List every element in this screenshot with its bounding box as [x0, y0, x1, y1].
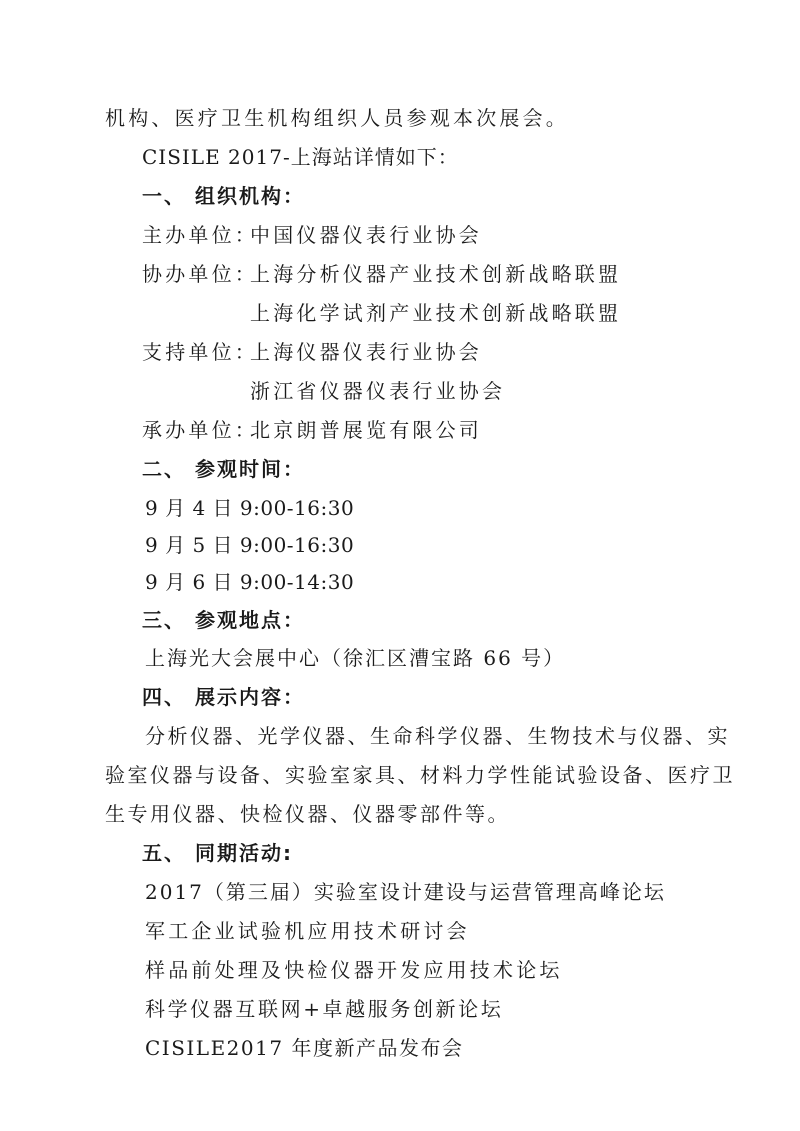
event-item-3: 样品前处理及快检仪器开发应用技术论坛: [145, 958, 563, 982]
section-heading-organization: 一、 组织机构：: [142, 184, 305, 208]
event-item-5: CISILE2017 年度新产品发布会: [145, 1036, 463, 1060]
exhibits-line-1: 分析仪器、光学仪器、生命科学仪器、生物技术与仪器、实: [145, 724, 730, 748]
venue-address: 上海光大会展中心（徐汇区漕宝路 66 号）: [145, 646, 565, 670]
visiting-date-2: 9 月 5 日 9:00-16:30: [145, 533, 354, 557]
visiting-date-3: 9 月 6 日 9:00-14:30: [145, 570, 354, 594]
co-host-value-1: 上海分析仪器产业技术创新战略联盟: [250, 262, 621, 286]
details-intro: CISILE 2017-上海站详情如下：: [142, 145, 459, 169]
section-heading-venue: 三、 参观地点：: [142, 608, 305, 632]
exhibits-line-2: 验室仪器与设备、实验室家具、材料力学性能试验设备、医疗卫: [105, 763, 735, 787]
co-host-label: 协办单位：: [142, 262, 258, 286]
host-label: 主办单位：: [142, 223, 258, 247]
organizer-label: 承办单位：: [142, 418, 258, 442]
event-item-1: 2017（第三届）实验室设计建设与运营管理高峰论坛: [145, 880, 666, 904]
host-value: 中国仪器仪表行业协会: [250, 223, 482, 247]
organizer-value: 北京朗普展览有限公司: [250, 418, 482, 442]
intro-continuation: 机构、医疗卫生机构组织人员参观本次展会。: [105, 106, 569, 130]
section-heading-visiting-time: 二、 参观时间：: [142, 457, 305, 481]
supporter-value-2: 浙江省仪器仪表行业协会: [250, 379, 505, 403]
event-item-2: 军工企业试验机应用技术研讨会: [145, 919, 470, 943]
event-item-4: 科学仪器互联网+卓越服务创新论坛: [145, 997, 503, 1021]
supporter-value-1: 上海仪器仪表行业协会: [250, 340, 482, 364]
exhibits-line-3: 生专用仪器、快检仪器、仪器零部件等。: [105, 802, 510, 826]
visiting-date-1: 9 月 4 日 9:00-16:30: [145, 496, 354, 520]
support-label: 支持单位：: [142, 340, 258, 364]
co-host-value-2: 上海化学试剂产业技术创新战略联盟: [250, 301, 621, 325]
section-heading-events: 五、 同期活动:: [142, 841, 293, 865]
section-heading-exhibits: 四、 展示内容：: [142, 685, 305, 709]
